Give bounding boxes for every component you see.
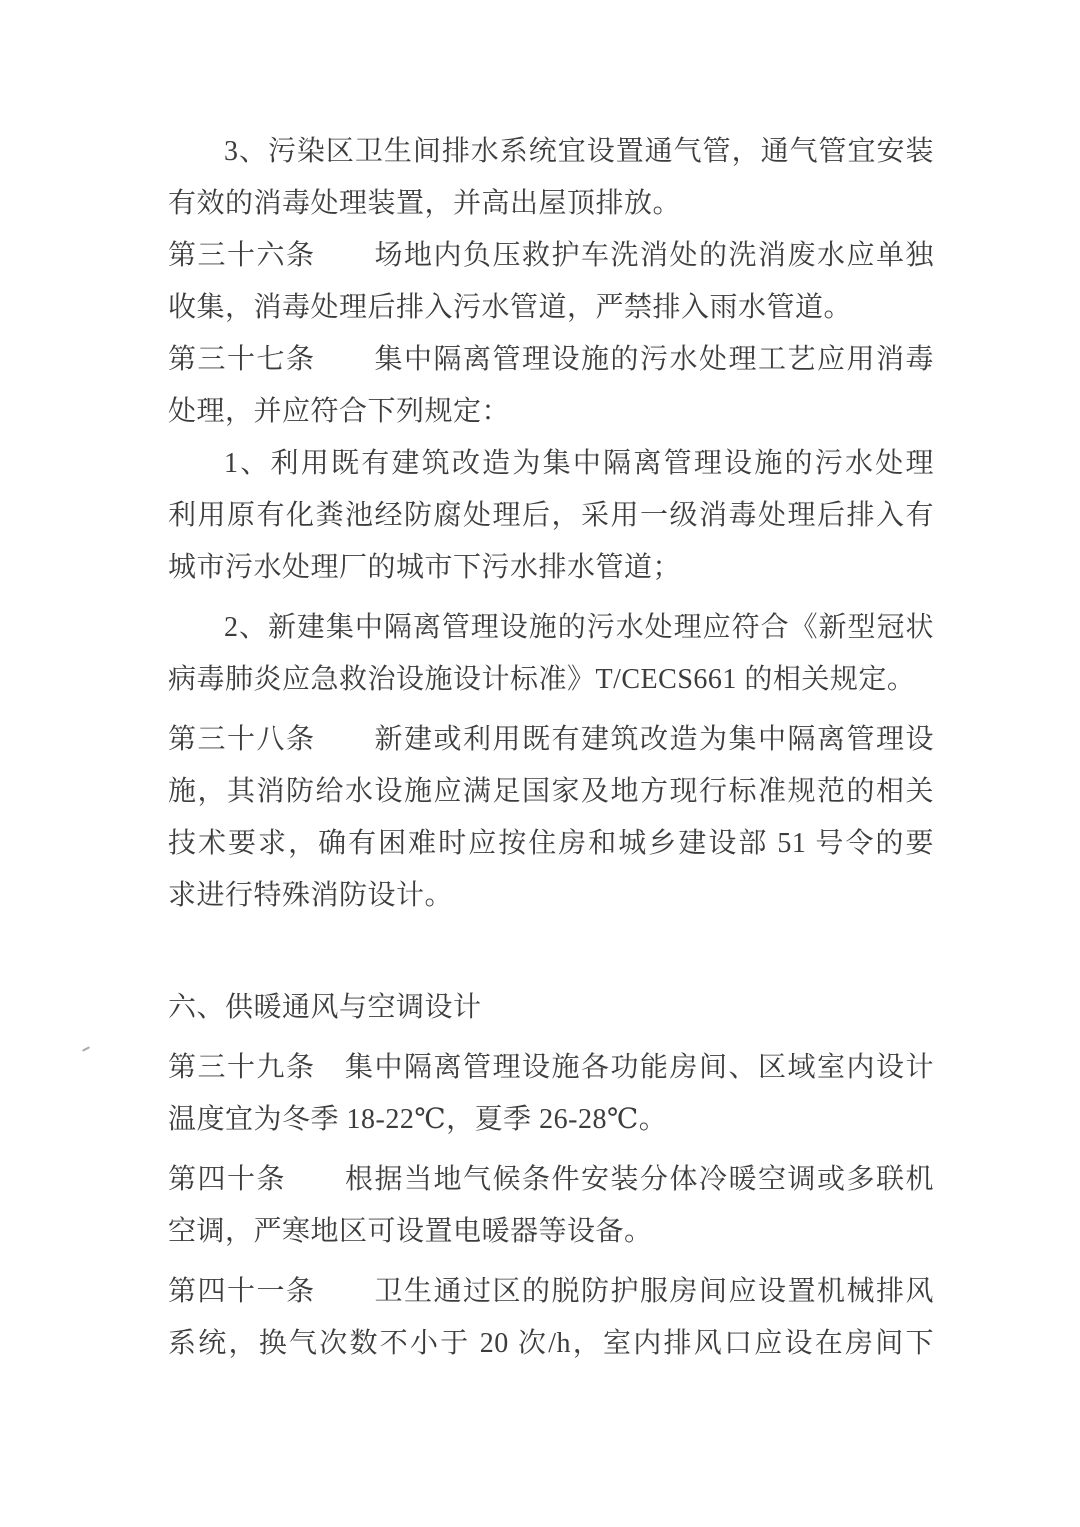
article-39-line-2: 温度宜为冬季 18-22℃，夏季 26-28℃。 (168, 1094, 934, 1146)
section-6-heading: 六、供暖通风与空调设计 (168, 982, 934, 1034)
article-41-line-1: 第四十一条 卫生通过区的脱防护服房间应设置机械排风 (168, 1266, 934, 1318)
article-37-item-1-line-2: 利用原有化粪池经防腐处理后，采用一级消毒处理后排入有 (168, 490, 934, 542)
article-36-line-2: 收集，消毒处理后排入污水管道，严禁排入雨水管道。 (168, 282, 934, 334)
article-36-line-1: 第三十六条 场地内负压救护车洗消处的洗消废水应单独 (168, 230, 934, 282)
article-38-line-3: 技术要求，确有困难时应按住房和城乡建设部 51 号令的要 (168, 818, 934, 870)
article-41-line-2: 系统，换气次数不小于 20 次/h，室内排风口应设在房间下 (168, 1318, 934, 1370)
article-38-line-4: 求进行特殊消防设计。 (168, 870, 934, 922)
article-40-line-2: 空调，严寒地区可设置电暖器等设备。 (168, 1206, 934, 1258)
clause-3-line-1: 3、污染区卫生间排水系统宜设置通气管，通气管宜安装 (168, 126, 934, 178)
article-40-line-1: 第四十条 根据当地气候条件安装分体冷暖空调或多联机 (168, 1154, 934, 1206)
article-37-item-1-line-3: 城市污水处理厂的城市下污水排水管道； (168, 542, 934, 594)
clause-3-line-2: 有效的消毒处理装置，并高出屋顶排放。 (168, 178, 934, 230)
article-38-line-2: 施，其消防给水设施应满足国家及地方现行标准规范的相关 (168, 766, 934, 818)
article-39-line-1: 第三十九条 集中隔离管理设施各功能房间、区域室内设计 (168, 1042, 934, 1094)
article-37-item-1-line-1: 1、利用既有建筑改造为集中隔离管理设施的污水处理 (168, 438, 934, 490)
document-text-block: 3、污染区卫生间排水系统宜设置通气管，通气管宜安装有效的消毒处理装置，并高出屋顶… (168, 126, 934, 1370)
scan-speck-artifact (82, 1046, 90, 1052)
article-38-line-1: 第三十八条 新建或利用既有建筑改造为集中隔离管理设 (168, 714, 934, 766)
article-37-item-2-line-1: 2、新建集中隔离管理设施的污水处理应符合《新型冠状 (168, 602, 934, 654)
article-37-item-2-line-2: 病毒肺炎应急救治设施设计标准》T/CECS661 的相关规定。 (168, 654, 934, 706)
document-page: 3、污染区卫生间排水系统宜设置通气管，通气管宜安装有效的消毒处理装置，并高出屋顶… (0, 0, 1080, 1527)
article-37-line-2: 处理，并应符合下列规定： (168, 386, 934, 438)
article-37-line-1: 第三十七条 集中隔离管理设施的污水处理工艺应用消毒 (168, 334, 934, 386)
